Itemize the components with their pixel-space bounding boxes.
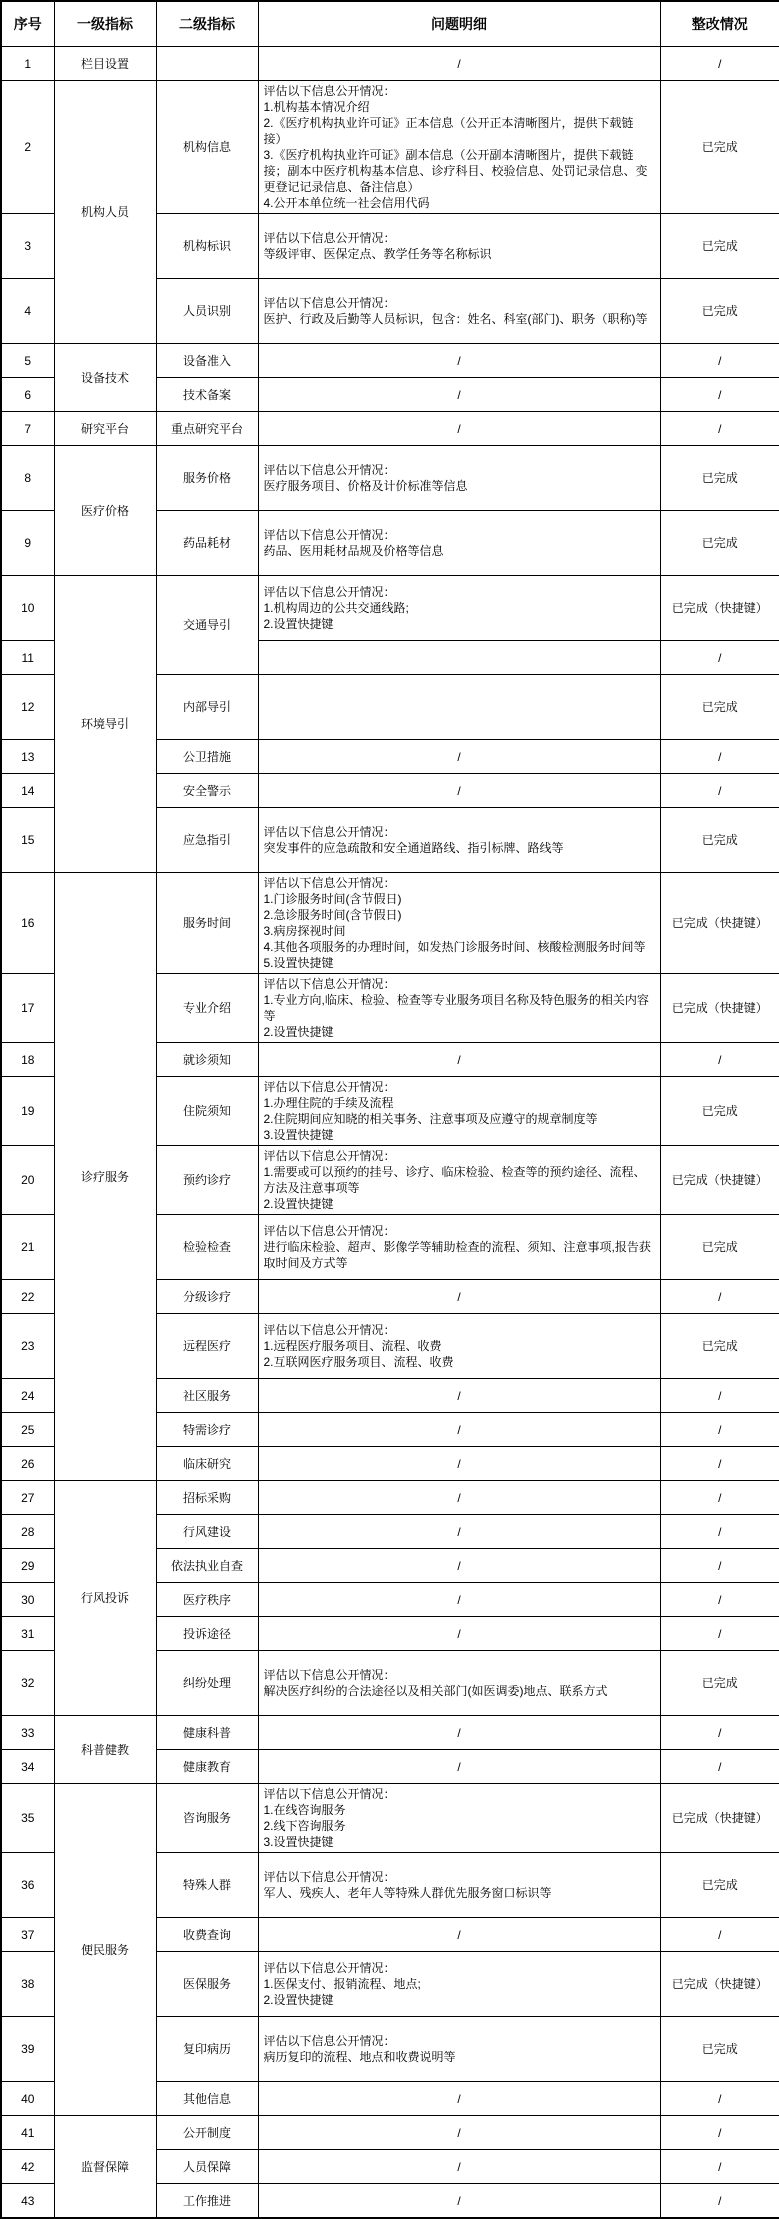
serial-number-cell: 25 <box>1 1413 54 1447</box>
level2-indicator-cell: 机构标识 <box>156 214 258 279</box>
problem-detail-cell: 评估以下信息公开情况： 医护、行政及后勤等人员标识，包含：姓名、科室(部门)、职… <box>258 279 660 344</box>
rectification-status-cell: 已完成 <box>660 1314 779 1379</box>
problem-detail-cell: 评估以下信息公开情况： 军人、残疾人、老年人等特殊人群优先服务窗口标识等 <box>258 1853 660 1918</box>
level2-indicator-cell: 其他信息 <box>156 2082 258 2116</box>
level2-indicator-cell: 交通导引 <box>156 576 258 675</box>
rectification-status-cell: / <box>660 1750 779 1784</box>
serial-number-cell: 2 <box>1 81 54 214</box>
problem-detail-cell: / <box>258 2184 660 2219</box>
serial-number-cell: 37 <box>1 1918 54 1952</box>
level1-indicator-cell: 医疗价格 <box>54 446 156 576</box>
rectification-status-cell: / <box>660 1280 779 1314</box>
problem-detail-cell: 评估以下信息公开情况： 医疗服务项目、价格及计价标准等信息 <box>258 446 660 511</box>
problem-detail-cell: 评估以下信息公开情况： 1.需要或可以预约的挂号、诊疗、临床检验、检查等的预约途… <box>258 1146 660 1215</box>
rectification-status-cell: / <box>660 740 779 774</box>
serial-number-cell: 16 <box>1 873 54 974</box>
level2-indicator-cell: 社区服务 <box>156 1379 258 1413</box>
rectification-status-cell: 已完成（快捷键） <box>660 1784 779 1853</box>
problem-detail-cell: 评估以下信息公开情况： 1.远程医疗服务项目、流程、收费 2.互联网医疗服务项目… <box>258 1314 660 1379</box>
level2-indicator-cell: 专业介绍 <box>156 974 258 1043</box>
problem-detail-cell: 评估以下信息公开情况： 等级评审、医保定点、教学任务等名称标识 <box>258 214 660 279</box>
table-row: 35便民服务咨询服务评估以下信息公开情况： 1.在线咨询服务 2.线下咨询服务 … <box>1 1784 779 1853</box>
rectification-status-cell: / <box>660 1549 779 1583</box>
level2-indicator-cell: 分级诊疗 <box>156 1280 258 1314</box>
serial-number-cell: 26 <box>1 1447 54 1481</box>
serial-number-cell: 32 <box>1 1651 54 1716</box>
level2-indicator-cell: 临床研究 <box>156 1447 258 1481</box>
rectification-status-cell: / <box>660 2184 779 2219</box>
problem-detail-cell <box>258 641 660 675</box>
level2-indicator-cell: 特殊人群 <box>156 1853 258 1918</box>
rectification-status-cell: 已完成（快捷键） <box>660 1952 779 2017</box>
serial-number-cell: 19 <box>1 1077 54 1146</box>
level2-indicator-cell: 应急指引 <box>156 808 258 873</box>
serial-number-cell: 4 <box>1 279 54 344</box>
level1-indicator-cell: 行风投诉 <box>54 1481 156 1716</box>
rectification-status-cell: 已完成 <box>660 1077 779 1146</box>
problem-detail-cell: 评估以下信息公开情况： 1.机构基本情况介绍 2.《医疗机构执业许可证》正本信息… <box>258 81 660 214</box>
level2-indicator-cell: 机构信息 <box>156 81 258 214</box>
problem-detail-cell: / <box>258 47 660 81</box>
serial-number-cell: 43 <box>1 2184 54 2219</box>
rectification-status-cell: / <box>660 47 779 81</box>
rectification-status-cell: / <box>660 344 779 378</box>
serial-number-cell: 24 <box>1 1379 54 1413</box>
serial-number-cell: 39 <box>1 2017 54 2082</box>
serial-number-cell: 13 <box>1 740 54 774</box>
problem-detail-cell: 评估以下信息公开情况： 突发事件的应急疏散和安全通道路线、指引标牌、路线等 <box>258 808 660 873</box>
rectification-status-cell: 已完成（快捷键） <box>660 873 779 974</box>
level2-indicator-cell: 复印病历 <box>156 2017 258 2082</box>
rectification-status-cell: 已完成 <box>660 1853 779 1918</box>
rectification-status-cell: 已完成 <box>660 446 779 511</box>
rectification-status-cell: / <box>660 1379 779 1413</box>
serial-number-cell: 5 <box>1 344 54 378</box>
level2-indicator-cell: 公卫措施 <box>156 740 258 774</box>
table-row: 5设备技术设备准入// <box>1 344 779 378</box>
rectification-status-cell: / <box>660 1447 779 1481</box>
level2-indicator-cell: 医疗秩序 <box>156 1583 258 1617</box>
problem-detail-cell: / <box>258 1549 660 1583</box>
table-row: 8医疗价格服务价格评估以下信息公开情况： 医疗服务项目、价格及计价标准等信息已完… <box>1 446 779 511</box>
rectification-status-cell: / <box>660 378 779 412</box>
rectification-status-cell: 已完成（快捷键） <box>660 1146 779 1215</box>
problem-detail-cell: / <box>258 412 660 446</box>
level2-indicator-cell: 重点研究平台 <box>156 412 258 446</box>
rectification-status-cell: 已完成（快捷键） <box>660 974 779 1043</box>
serial-number-cell: 34 <box>1 1750 54 1784</box>
level2-indicator-cell: 安全警示 <box>156 774 258 808</box>
serial-number-cell: 3 <box>1 214 54 279</box>
level2-indicator-cell: 投诉途径 <box>156 1617 258 1651</box>
level2-indicator-cell: 人员识别 <box>156 279 258 344</box>
problem-detail-cell: 评估以下信息公开情况： 1.办理住院的手续及流程 2.住院期间应知晓的相关事务、… <box>258 1077 660 1146</box>
level1-indicator-cell: 诊疗服务 <box>54 873 156 1481</box>
serial-number-cell: 36 <box>1 1853 54 1918</box>
rectification-status-cell: / <box>660 2082 779 2116</box>
serial-number-cell: 14 <box>1 774 54 808</box>
problem-detail-cell: 评估以下信息公开情况： 1.专业方向,临床、检验、检查等专业服务项目名称及特色服… <box>258 974 660 1043</box>
rectification-status-cell: 已完成 <box>660 1215 779 1280</box>
problem-detail-cell: / <box>258 2082 660 2116</box>
level2-indicator-cell: 检验检查 <box>156 1215 258 1280</box>
problem-detail-cell: 评估以下信息公开情况： 1.门诊服务时间(含节假日) 2.急诊服务时间(含节假日… <box>258 873 660 974</box>
serial-number-cell: 12 <box>1 675 54 740</box>
level2-indicator-cell: 行风建设 <box>156 1515 258 1549</box>
rectification-status-cell: / <box>660 2150 779 2184</box>
rectification-status-cell: / <box>660 1918 779 1952</box>
table-header-row: 序号 一级指标 二级指标 问题明细 整改情况 <box>1 1 779 47</box>
col-header-serial-number: 序号 <box>1 1 54 47</box>
serial-number-cell: 35 <box>1 1784 54 1853</box>
serial-number-cell: 11 <box>1 641 54 675</box>
level2-indicator-cell: 内部导引 <box>156 675 258 740</box>
problem-detail-cell: / <box>258 1043 660 1077</box>
problem-detail-cell: / <box>258 1918 660 1952</box>
table-row: 1栏目设置// <box>1 47 779 81</box>
level2-indicator-cell: 依法执业自查 <box>156 1549 258 1583</box>
table-row: 16诊疗服务服务时间评估以下信息公开情况： 1.门诊服务时间(含节假日) 2.急… <box>1 873 779 974</box>
rectification-status-cell: / <box>660 1515 779 1549</box>
problem-detail-cell: / <box>258 1515 660 1549</box>
serial-number-cell: 33 <box>1 1716 54 1750</box>
serial-number-cell: 1 <box>1 47 54 81</box>
problem-detail-cell: / <box>258 1280 660 1314</box>
table-row: 10环境导引交通导引评估以下信息公开情况： 1.机构周边的公共交通线路; 2.设… <box>1 576 779 641</box>
serial-number-cell: 15 <box>1 808 54 873</box>
level2-indicator-cell: 工作推进 <box>156 2184 258 2219</box>
level1-indicator-cell: 科普健教 <box>54 1716 156 1784</box>
problem-detail-cell: 评估以下信息公开情况： 1.在线咨询服务 2.线下咨询服务 3.设置快捷键 <box>258 1784 660 1853</box>
col-header-rectification-status: 整改情况 <box>660 1 779 47</box>
serial-number-cell: 29 <box>1 1549 54 1583</box>
serial-number-cell: 28 <box>1 1515 54 1549</box>
problem-detail-cell: / <box>258 1447 660 1481</box>
level2-indicator-cell: 就诊须知 <box>156 1043 258 1077</box>
serial-number-cell: 7 <box>1 412 54 446</box>
level2-indicator-cell: 预约诊疗 <box>156 1146 258 1215</box>
level2-indicator-cell: 住院须知 <box>156 1077 258 1146</box>
problem-detail-cell: / <box>258 740 660 774</box>
table-row: 27行风投诉招标采购// <box>1 1481 779 1515</box>
rectification-status-cell: 已完成（快捷键） <box>660 576 779 641</box>
col-header-level1-indicator: 一级指标 <box>54 1 156 47</box>
level1-indicator-cell: 栏目设置 <box>54 47 156 81</box>
level1-indicator-cell: 便民服务 <box>54 1784 156 2116</box>
rectification-status-cell: / <box>660 2116 779 2150</box>
serial-number-cell: 41 <box>1 2116 54 2150</box>
problem-detail-cell: / <box>258 344 660 378</box>
col-header-problem-detail: 问题明细 <box>258 1 660 47</box>
table-row: 2机构人员机构信息评估以下信息公开情况： 1.机构基本情况介绍 2.《医疗机构执… <box>1 81 779 214</box>
serial-number-cell: 17 <box>1 974 54 1043</box>
rectification-status-cell: / <box>660 641 779 675</box>
rectification-status-cell: 已完成 <box>660 675 779 740</box>
level2-indicator-cell: 远程医疗 <box>156 1314 258 1379</box>
rectification-status-cell: / <box>660 1583 779 1617</box>
rectification-status-table: 序号 一级指标 二级指标 问题明细 整改情况 1栏目设置//2机构人员机构信息评… <box>0 0 779 2219</box>
problem-detail-cell: / <box>258 2116 660 2150</box>
serial-number-cell: 20 <box>1 1146 54 1215</box>
serial-number-cell: 21 <box>1 1215 54 1280</box>
table-row: 33科普健教健康科普// <box>1 1716 779 1750</box>
rectification-status-cell: / <box>660 774 779 808</box>
serial-number-cell: 8 <box>1 446 54 511</box>
level2-indicator-cell: 人员保障 <box>156 2150 258 2184</box>
problem-detail-cell: 评估以下信息公开情况： 药品、医用耗材品规及价格等信息 <box>258 511 660 576</box>
serial-number-cell: 9 <box>1 511 54 576</box>
level2-indicator-cell: 健康教育 <box>156 1750 258 1784</box>
level1-indicator-cell: 设备技术 <box>54 344 156 412</box>
level2-indicator-cell: 设备准入 <box>156 344 258 378</box>
level1-indicator-cell: 监督保障 <box>54 2116 156 2219</box>
rectification-status-cell: 已完成 <box>660 2017 779 2082</box>
rectification-status-cell: 已完成 <box>660 214 779 279</box>
serial-number-cell: 18 <box>1 1043 54 1077</box>
table-row: 7研究平台重点研究平台// <box>1 412 779 446</box>
serial-number-cell: 22 <box>1 1280 54 1314</box>
level2-indicator-cell: 药品耗材 <box>156 511 258 576</box>
level2-indicator-cell: 收费查询 <box>156 1918 258 1952</box>
serial-number-cell: 40 <box>1 2082 54 2116</box>
level2-indicator-cell: 特需诊疗 <box>156 1413 258 1447</box>
rectification-status-cell: / <box>660 1043 779 1077</box>
problem-detail-cell: / <box>258 2150 660 2184</box>
level2-indicator-cell: 招标采购 <box>156 1481 258 1515</box>
serial-number-cell: 6 <box>1 378 54 412</box>
problem-detail-cell: / <box>258 1379 660 1413</box>
problem-detail-cell: / <box>258 1583 660 1617</box>
level1-indicator-cell: 研究平台 <box>54 412 156 446</box>
rectification-status-cell: 已完成 <box>660 279 779 344</box>
level2-indicator-cell: 医保服务 <box>156 1952 258 2017</box>
level2-indicator-cell: 健康科普 <box>156 1716 258 1750</box>
problem-detail-cell <box>258 675 660 740</box>
level2-indicator-cell: 公开制度 <box>156 2116 258 2150</box>
serial-number-cell: 30 <box>1 1583 54 1617</box>
rectification-status-cell: / <box>660 1716 779 1750</box>
problem-detail-cell: / <box>258 1750 660 1784</box>
serial-number-cell: 23 <box>1 1314 54 1379</box>
rectification-status-cell: 已完成 <box>660 81 779 214</box>
rectification-status-cell: 已完成 <box>660 511 779 576</box>
rectification-status-cell: / <box>660 1481 779 1515</box>
rectification-status-cell: / <box>660 1617 779 1651</box>
problem-detail-cell: 评估以下信息公开情况： 1.医保支付、报销流程、地点; 2.设置快捷键 <box>258 1952 660 2017</box>
problem-detail-cell: / <box>258 1413 660 1447</box>
level2-indicator-cell <box>156 47 258 81</box>
level2-indicator-cell: 服务价格 <box>156 446 258 511</box>
level1-indicator-cell: 环境导引 <box>54 576 156 873</box>
serial-number-cell: 38 <box>1 1952 54 2017</box>
level2-indicator-cell: 服务时间 <box>156 873 258 974</box>
problem-detail-cell: / <box>258 774 660 808</box>
level2-indicator-cell: 纠纷处理 <box>156 1651 258 1716</box>
col-header-level2-indicator: 二级指标 <box>156 1 258 47</box>
problem-detail-cell: / <box>258 378 660 412</box>
serial-number-cell: 31 <box>1 1617 54 1651</box>
problem-detail-cell: / <box>258 1617 660 1651</box>
serial-number-cell: 10 <box>1 576 54 641</box>
level1-indicator-cell: 机构人员 <box>54 81 156 344</box>
indicator-table-body: 1栏目设置//2机构人员机构信息评估以下信息公开情况： 1.机构基本情况介绍 2… <box>1 47 779 2219</box>
problem-detail-cell: 评估以下信息公开情况： 病历复印的流程、地点和收费说明等 <box>258 2017 660 2082</box>
serial-number-cell: 27 <box>1 1481 54 1515</box>
rectification-status-cell: / <box>660 412 779 446</box>
problem-detail-cell: / <box>258 1481 660 1515</box>
rectification-status-cell: 已完成 <box>660 808 779 873</box>
rectification-status-cell: 已完成 <box>660 1651 779 1716</box>
problem-detail-cell: 评估以下信息公开情况： 进行临床检验、超声、影像学等辅助检查的流程、须知、注意事… <box>258 1215 660 1280</box>
problem-detail-cell: 评估以下信息公开情况： 解决医疗纠纷的合法途径以及相关部门(如医调委)地点、联系… <box>258 1651 660 1716</box>
problem-detail-cell: / <box>258 1716 660 1750</box>
serial-number-cell: 42 <box>1 2150 54 2184</box>
level2-indicator-cell: 技术备案 <box>156 378 258 412</box>
rectification-status-cell: / <box>660 1413 779 1447</box>
level2-indicator-cell: 咨询服务 <box>156 1784 258 1853</box>
problem-detail-cell: 评估以下信息公开情况： 1.机构周边的公共交通线路; 2.设置快捷键 <box>258 576 660 641</box>
